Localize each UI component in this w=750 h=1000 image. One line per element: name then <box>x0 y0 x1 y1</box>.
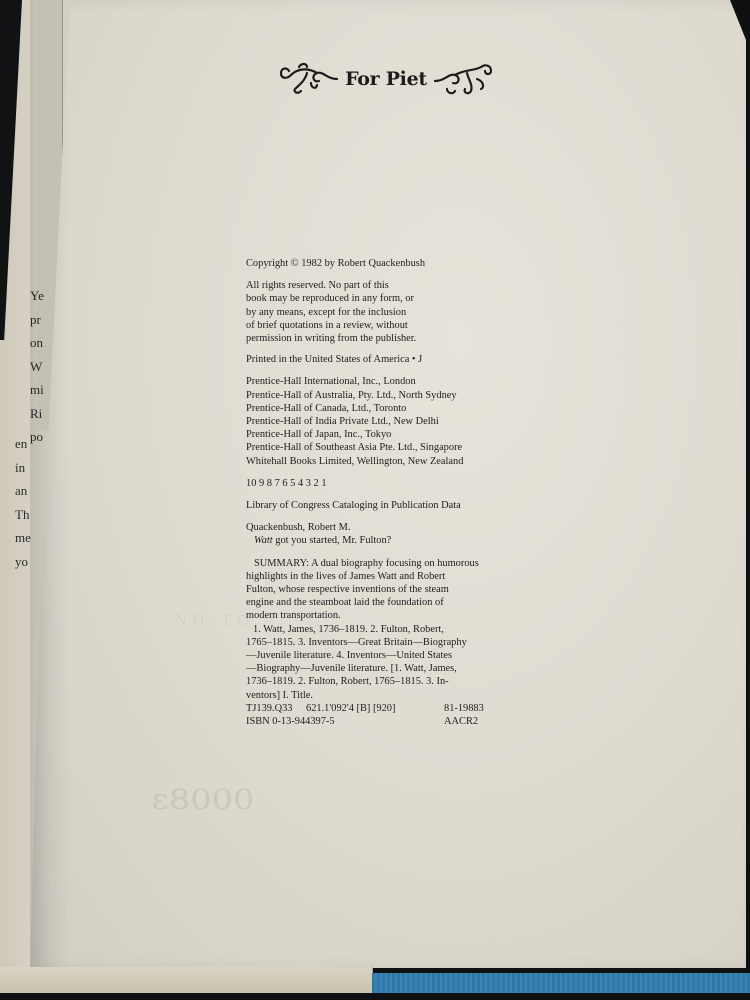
fragment: mi <box>30 378 44 402</box>
lccn: 81-19883 <box>444 702 504 715</box>
cip-classification-row: TJ139.Q33 621.1'092'4 [B] [920] 81-19883 <box>246 702 526 715</box>
printing-number-line: 10 9 8 7 6 5 4 3 2 1 <box>246 477 526 490</box>
fragment: on <box>30 331 44 355</box>
rights-line: permission in writing from the publisher… <box>246 332 526 345</box>
cip-summary-line: engine and the steamboat laid the founda… <box>246 596 526 609</box>
cataloging-rules: AACR2 <box>444 715 504 728</box>
fragment: W <box>30 355 44 379</box>
cip-isbn-row: ISBN 0-13-944397-5 AACR2 <box>246 715 526 728</box>
flourish-left-icon <box>277 59 339 99</box>
fragment: yo <box>15 550 31 574</box>
fragment: pr <box>30 308 44 332</box>
cip-summary-line: modern transportation. <box>246 609 526 622</box>
cip-summary-line: Fulton, whose respective inventions of t… <box>246 583 526 596</box>
dewey-number: 621.1'092'4 [B] [920] <box>306 702 444 715</box>
rights-line: All rights reserved. No part of this <box>246 279 526 292</box>
lc-call-number: TJ139.Q33 <box>246 702 306 715</box>
show-through-stamp: ε8000 <box>151 783 254 816</box>
book-cover-edge <box>372 973 750 993</box>
flourish-right-icon <box>433 59 495 99</box>
fragment: Ri <box>30 402 44 426</box>
publisher-line: Prentice-Hall of India Private Ltd., New… <box>246 415 526 428</box>
cip-summary-line: highlights in the lives of James Watt an… <box>246 570 526 583</box>
cip-subject-line: —Biography—Juvenile literature. [1. Watt… <box>246 662 526 675</box>
tape-strip <box>0 967 373 993</box>
dedication-text: For Piet <box>345 68 427 90</box>
fragment: me <box>15 526 31 550</box>
cip-subject-line: 1765–1815. 3. Inventors—Great Britain—Bi… <box>246 636 526 649</box>
underlying-page-text-top: Ye pr on W mi Ri po <box>30 284 44 449</box>
cip-subject-line: —Juvenile literature. 4. Inventors—Unite… <box>246 649 526 662</box>
underlying-page-text-bottom: en in an Th me yo <box>15 432 31 573</box>
cip-subject-line: ventors] I. Title. <box>246 689 526 702</box>
cip-subject-line: 1736–1819. 2. Fulton, Robert, 1765–1815.… <box>246 675 526 688</box>
cip-summary-line: SUMMARY: A dual biography focusing on hu… <box>246 557 526 570</box>
show-through-text: NO·TO <box>175 612 254 630</box>
cip-title: Watt got you started, Mr. Fulton? <box>246 534 526 547</box>
isbn: ISBN 0-13-944397-5 <box>246 715 444 728</box>
fragment: po <box>30 425 44 449</box>
rights-line: of brief quotations in a review, without <box>246 319 526 332</box>
publisher-line: Prentice-Hall of Australia, Pty. Ltd., N… <box>246 389 526 402</box>
cip-heading: Library of Congress Cataloging in Public… <box>246 499 526 512</box>
rights-line: by any means, except for the inclusion <box>246 306 526 319</box>
cip-subject-line: 1. Watt, James, 1736–1819. 2. Fulton, Ro… <box>246 623 526 636</box>
cip-title-rest: got you started, Mr. Fulton? <box>273 535 392 546</box>
dedication: For Piet <box>256 56 516 102</box>
fragment: an <box>15 479 31 503</box>
publisher-line: Whitehall Books Limited, Wellington, New… <box>246 455 526 468</box>
fragment: in <box>15 456 31 480</box>
cip-author: Quackenbush, Robert M. <box>246 521 526 534</box>
dark-background-edge <box>0 0 22 340</box>
publisher-line: Prentice-Hall International, Inc., Londo… <box>246 375 526 388</box>
publisher-line: Prentice-Hall of Southeast Asia Pte. Ltd… <box>246 441 526 454</box>
cip-title-italic: Watt <box>254 535 273 546</box>
fragment: en <box>15 432 31 456</box>
copyright-line: Copyright © 1982 by Robert Quackenbush <box>246 257 526 270</box>
copyright-page-text: Copyright © 1982 by Robert Quackenbush A… <box>246 257 526 728</box>
publisher-line: Prentice-Hall of Canada, Ltd., Toronto <box>246 402 526 415</box>
rights-line: book may be reproduced in any form, or <box>246 292 526 305</box>
fragment: Th <box>15 503 31 527</box>
printed-in-line: Printed in the United States of America … <box>246 353 526 366</box>
fragment: Ye <box>30 284 44 308</box>
publisher-line: Prentice-Hall of Japan, Inc., Tokyo <box>246 428 526 441</box>
